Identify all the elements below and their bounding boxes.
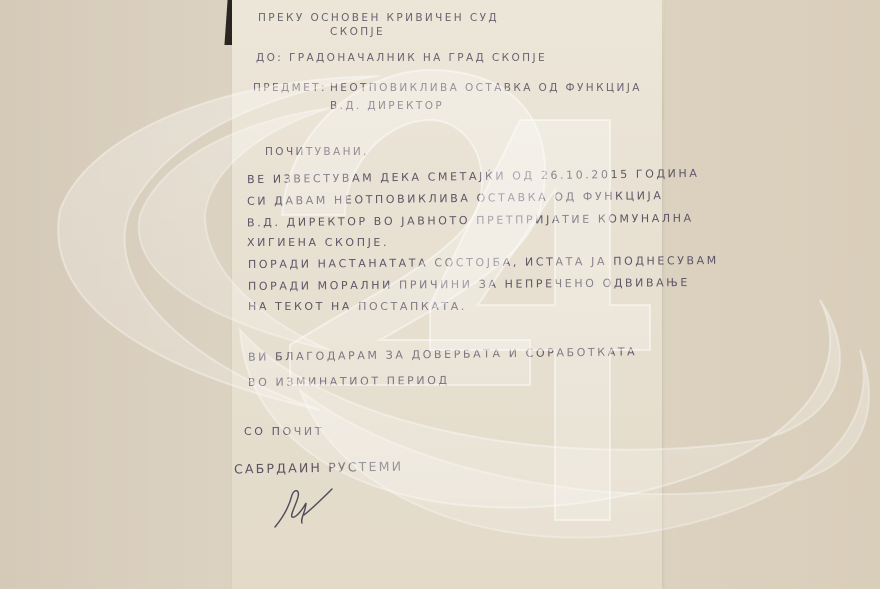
body-line: хигиена Скопје. bbox=[247, 236, 389, 249]
subject-label: Предмет: bbox=[253, 82, 327, 94]
via-line-2: Скопје bbox=[330, 26, 385, 38]
subject-line-1: Неотповиклива оставка од функција bbox=[330, 82, 642, 94]
via-line-1: Преку Основен Кривичен суд bbox=[258, 12, 499, 24]
body-line: на текот на постапката. bbox=[248, 300, 467, 313]
closing: Со почит bbox=[244, 425, 324, 438]
handwritten-signature bbox=[270, 485, 340, 535]
signatory-name: Сабрдаин Рустеми bbox=[234, 459, 403, 477]
thanks-line: во изминатиот период bbox=[248, 374, 450, 389]
to-line: До: Градоначалник на град Скопје bbox=[256, 52, 547, 64]
greeting: Почитувани, bbox=[265, 146, 369, 158]
subject-line-2: В.Д. Директор bbox=[330, 100, 444, 112]
